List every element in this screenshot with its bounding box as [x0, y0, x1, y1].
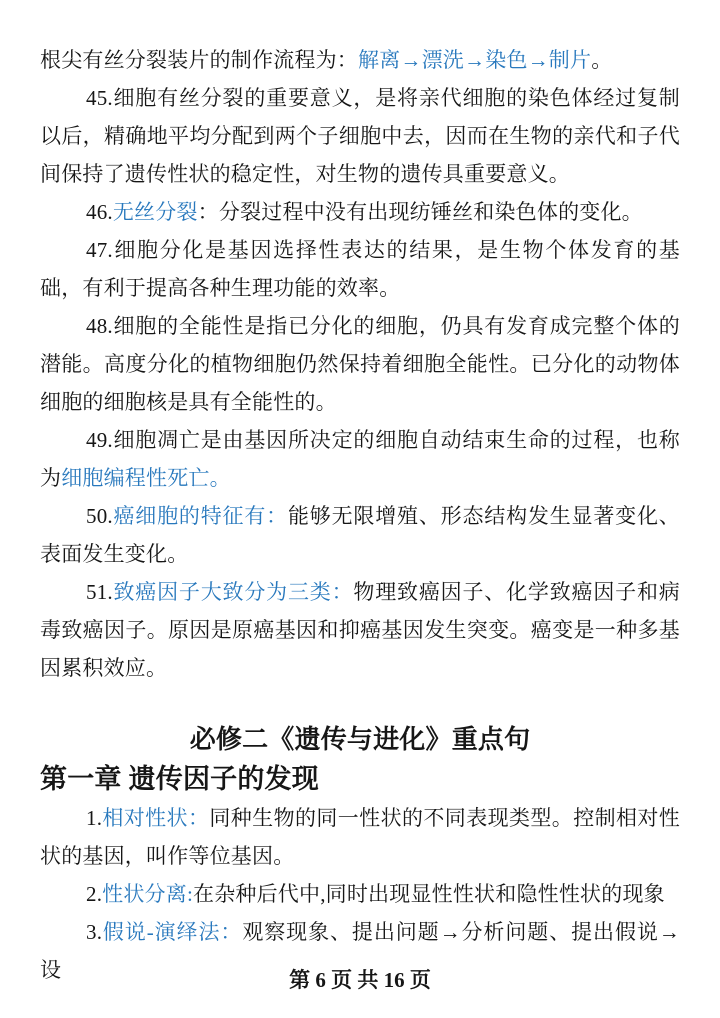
text-segment: 根尖有丝分裂装片的制作流程为：: [40, 48, 358, 72]
text-segment: 2.: [86, 882, 102, 906]
paragraph: 47.细胞分化是基因选择性表达的结果，是生物个体发育的基础，有利于提高各种生理功…: [40, 231, 680, 307]
page-footer: 第 6 页 共 16 页: [0, 966, 720, 994]
paragraph: 50.癌细胞的特征有：能够无限增殖、形态结构发生显著变化、表面发生变化。: [40, 497, 680, 573]
text-segment: 3.: [86, 920, 102, 944]
paragraph: 根尖有丝分裂装片的制作流程为：解离→漂洗→染色→制片。: [40, 41, 680, 79]
paragraph: 46.无丝分裂：分裂过程中没有出现纺锤丝和染色体的变化。: [40, 193, 680, 231]
text-segment: 46.: [86, 200, 113, 224]
text-segment: 。: [591, 48, 612, 72]
text-segment: ：分裂过程中没有出现纺锤丝和染色体的变化。: [198, 200, 643, 224]
highlight-segment: 解离→漂洗→染色→制片: [358, 48, 591, 72]
section-title: 必修二《遗传与进化》重点句: [40, 721, 680, 759]
highlight-segment: 细胞编程性死亡。: [61, 466, 231, 490]
chapter-title: 第一章 遗传因子的发现: [40, 759, 680, 799]
text-segment: 1.: [86, 806, 102, 830]
paragraph: 2.性状分离:在杂种后代中,同时出现显性性状和隐性性状的现象: [40, 875, 680, 913]
text-segment: 在杂种后代中,同时出现显性性状和隐性性状的现象: [193, 882, 665, 906]
highlight-segment: 假说-演绎法：: [102, 920, 242, 944]
page-number-text: 第 6 页 共 16 页: [289, 968, 431, 992]
text-segment: 50.: [86, 504, 113, 528]
paragraph: 49.细胞凋亡是由基因所决定的细胞自动结束生命的过程，也称为细胞编程性死亡。: [40, 421, 680, 497]
text-segment: 47.细胞分化是基因选择性表达的结果，是生物个体发育的基础，有利于提高各种生理功…: [40, 238, 680, 300]
document-body: 根尖有丝分裂装片的制作流程为：解离→漂洗→染色→制片。45.细胞有丝分裂的重要意…: [40, 41, 680, 989]
highlight-segment: 癌细胞的特征有：: [113, 504, 288, 528]
highlight-segment: 致癌因子大致分为三类：: [113, 580, 354, 604]
text-segment: 45.细胞有丝分裂的重要意义，是将亲代细胞的染色体经过复制以后，精确地平均分配到…: [40, 86, 680, 186]
paragraph: 51.致癌因子大致分为三类：物理致癌因子、化学致癌因子和病毒致癌因子。原因是原癌…: [40, 573, 680, 687]
paragraph: 48.细胞的全能性是指已分化的细胞，仍具有发育成完整个体的潜能。高度分化的植物细…: [40, 307, 680, 421]
paragraph: 45.细胞有丝分裂的重要意义，是将亲代细胞的染色体经过复制以后，精确地平均分配到…: [40, 79, 680, 193]
highlight-segment: 相对性状：: [102, 806, 209, 830]
text-segment: 48.细胞的全能性是指已分化的细胞，仍具有发育成完整个体的潜能。高度分化的植物细…: [40, 314, 680, 414]
text-segment: 必修二《遗传与进化》重点句: [190, 725, 531, 754]
paragraph: 1.相对性状：同种生物的同一性状的不同表现类型。控制相对性状的基因，叫作等位基因…: [40, 799, 680, 875]
highlight-segment: 性状分离:: [102, 882, 193, 906]
highlight-segment: 无丝分裂: [113, 200, 198, 224]
text-segment: 51.: [86, 580, 113, 604]
text-segment: 第一章 遗传因子的发现: [40, 764, 319, 794]
